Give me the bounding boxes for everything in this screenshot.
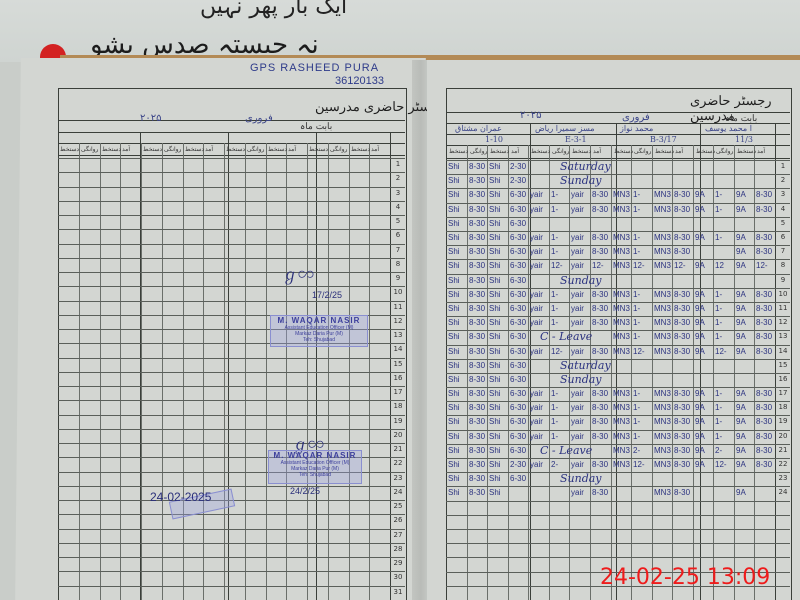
row-line <box>446 174 790 175</box>
attendance-entry: 12- <box>633 261 645 270</box>
attendance-entry: yair <box>530 261 543 270</box>
attendance-entry: 6-30 <box>510 261 526 270</box>
attendance-entry: Shi <box>448 332 460 341</box>
column-header-label: دستخط <box>143 146 162 153</box>
attendance-entry: 8-30 <box>592 290 608 299</box>
attendance-entry: Shi <box>489 304 501 313</box>
attendance-entry: 8-30 <box>469 176 485 185</box>
background-urdu-text-1: ایک بار پھر نہیں <box>200 0 347 19</box>
teacher-name: ا محمد یوسف <box>705 124 752 133</box>
stamp-line: Teh: Shujabad <box>271 337 367 343</box>
column-header-label: دستخط <box>309 146 328 153</box>
row-number: 24 <box>776 488 790 496</box>
attendance-entry: 1- <box>633 403 640 412</box>
attendance-note: Saturday <box>560 359 611 372</box>
column-header-label: آمد <box>205 146 213 153</box>
teacher-name: محمد نواز <box>620 124 653 133</box>
attendance-entry: 8-30 <box>469 233 485 242</box>
attendance-entry: Shi <box>448 247 460 256</box>
row-line <box>58 571 405 572</box>
attendance-entry: 6-30 <box>510 190 526 199</box>
attendance-entry: 8-30 <box>469 488 485 497</box>
attendance-entry: 8-30 <box>469 247 485 256</box>
header-divider <box>58 120 405 121</box>
attendance-entry: 1- <box>633 318 640 327</box>
row-line <box>446 359 790 360</box>
row-number: 12 <box>776 318 790 326</box>
attendance-entry: 9A <box>736 247 746 256</box>
row-line <box>58 358 405 359</box>
row-number: 1 <box>776 162 790 170</box>
attendance-note: Sunday <box>560 373 602 386</box>
row-line <box>58 443 405 444</box>
attendance-entry: MN3 <box>613 318 630 327</box>
row-number: 11 <box>391 303 405 311</box>
attendance-entry: Shi <box>448 162 460 171</box>
attendance-entry: 6-30 <box>510 375 526 384</box>
attendance-entry: 1- <box>633 205 640 214</box>
attendance-entry: yair <box>530 432 543 441</box>
attendance-entry: 12- <box>756 261 768 270</box>
attendance-entry: 8-30 <box>469 474 485 483</box>
attendance-entry: 12- <box>592 261 604 270</box>
stamp-line: Teh: Shujabad <box>269 472 361 478</box>
attendance-entry: 1- <box>633 247 640 256</box>
attendance-entry: 8-30 <box>674 446 690 455</box>
attendance-entry: 8-30 <box>469 318 485 327</box>
row-line <box>58 258 405 259</box>
attendance-entry: Shi <box>489 361 501 370</box>
attendance-entry: 1- <box>633 233 640 242</box>
attendance-entry: Shi <box>448 361 460 370</box>
row-line <box>58 172 405 173</box>
attendance-entry: Shi <box>489 488 501 497</box>
attendance-entry: 9A <box>736 432 746 441</box>
row-line <box>58 514 405 515</box>
header-divider <box>446 158 790 159</box>
row-number: 17 <box>391 388 405 396</box>
attendance-entry: 8-30 <box>756 417 772 426</box>
attendance-entry: 6-30 <box>510 205 526 214</box>
row-line <box>446 259 790 260</box>
attendance-entry: 8-30 <box>756 347 772 356</box>
row-number: 31 <box>391 588 405 596</box>
row-line <box>58 187 405 188</box>
attendance-entry: Shi <box>489 261 501 270</box>
attendance-entry: 8-30 <box>469 375 485 384</box>
attendance-entry: Shi <box>448 176 460 185</box>
row-number: 13 <box>776 332 790 340</box>
row-line <box>58 286 405 287</box>
attendance-entry: Shi <box>448 318 460 327</box>
attendance-entry: MN3 <box>613 290 630 299</box>
school-name: GPS RASHEED PURA <box>250 62 379 74</box>
attendance-entry: MN3 <box>654 261 671 270</box>
attendance-entry: MN3 <box>613 261 630 270</box>
column-header-label: آمد <box>675 148 683 155</box>
column-header-label: آمد <box>288 146 296 153</box>
attendance-entry: MN3 <box>613 389 630 398</box>
row-number: 5 <box>776 219 790 227</box>
attendance-entry: 6-30 <box>510 474 526 483</box>
attendance-entry: 9A <box>695 205 705 214</box>
attendance-entry: yair <box>530 205 543 214</box>
attendance-entry: MN3 <box>613 190 630 199</box>
attendance-entry: Shi <box>489 190 501 199</box>
attendance-entry: 12- <box>551 347 563 356</box>
attendance-entry: 8-30 <box>469 205 485 214</box>
attendance-entry: 9A <box>736 290 746 299</box>
row-number: 6 <box>776 233 790 241</box>
attendance-entry: 6-30 <box>510 417 526 426</box>
column-header-label: دستخط <box>737 148 756 155</box>
attendance-entry: 8-30 <box>756 233 772 242</box>
attendance-entry: 8-30 <box>592 460 608 469</box>
attendance-entry: 1- <box>715 332 722 341</box>
attendance-entry: 9A <box>695 304 705 313</box>
teacher-name: عمران مشتاق <box>455 124 502 133</box>
attendance-entry: Shi <box>489 176 501 185</box>
attendance-entry: yair <box>571 304 584 313</box>
row-number: 6 <box>391 231 405 239</box>
attendance-entry: 9A <box>736 332 746 341</box>
row-number: 12 <box>391 317 405 325</box>
attendance-entry: MN3 <box>613 347 630 356</box>
row-line <box>446 430 790 431</box>
attendance-entry: Shi <box>448 304 460 313</box>
attendance-entry: Shi <box>448 474 460 483</box>
attendance-entry: 8-30 <box>469 304 485 313</box>
attendance-entry: 8-30 <box>756 460 772 469</box>
attendance-entry: Shi <box>448 417 460 426</box>
attendance-entry: Shi <box>489 375 501 384</box>
attendance-entry: Shi <box>489 332 501 341</box>
attendance-entry: 8-30 <box>592 247 608 256</box>
row-line <box>58 400 405 401</box>
attendance-entry: 8-30 <box>469 389 485 398</box>
attendance-entry: yair <box>571 488 584 497</box>
row-number: 16 <box>776 375 790 383</box>
row-line <box>446 217 790 218</box>
attendance-entry: 8-30 <box>674 318 690 327</box>
column-header-label: دستخط <box>614 148 633 155</box>
row-number: 2 <box>391 174 405 182</box>
attendance-entry: 8-30 <box>756 432 772 441</box>
row-line <box>446 373 790 374</box>
row-number: 3 <box>391 189 405 197</box>
attendance-entry: 8-30 <box>674 304 690 313</box>
attendance-entry: yair <box>530 389 543 398</box>
attendance-entry: Shi <box>448 389 460 398</box>
row-number: 22 <box>776 460 790 468</box>
attendance-entry: Shi <box>448 460 460 469</box>
attendance-entry: yair <box>530 417 543 426</box>
attendance-entry: 1- <box>633 304 640 313</box>
attendance-entry: 9A <box>695 446 705 455</box>
attendance-entry: yair <box>571 261 584 270</box>
attendance-entry: Shi <box>489 432 501 441</box>
attendance-entry: 8-30 <box>469 219 485 228</box>
attendance-entry: 8-30 <box>592 205 608 214</box>
attendance-entry: Shi <box>489 276 501 285</box>
row-line <box>58 372 405 373</box>
signature-scribble-1: ℊ∽ <box>282 262 314 285</box>
attendance-entry: 8-30 <box>674 233 690 242</box>
attendance-note: Sunday <box>560 472 602 485</box>
attendance-entry: 1- <box>633 190 640 199</box>
row-number: 13 <box>391 331 405 339</box>
attendance-entry: MN3 <box>654 460 671 469</box>
row-line <box>446 401 790 402</box>
attendance-entry: yair <box>530 304 543 313</box>
attendance-entry: Shi <box>448 290 460 299</box>
row-number: 18 <box>776 403 790 411</box>
attendance-entry: yair <box>571 347 584 356</box>
attendance-entry: 1- <box>633 290 640 299</box>
attendance-entry: 1- <box>551 432 558 441</box>
teacher-name: مسز سمیرا ریاض <box>535 124 595 133</box>
attendance-entry: Shi <box>489 290 501 299</box>
row-line <box>446 160 790 161</box>
row-line <box>58 244 405 245</box>
attendance-entry: 12- <box>551 261 563 270</box>
attendance-entry: MN3 <box>654 304 671 313</box>
row-number: 23 <box>776 474 790 482</box>
attendance-entry: 8-30 <box>592 190 608 199</box>
attendance-entry: 2-30 <box>510 460 526 469</box>
attendance-entry: 8-30 <box>592 233 608 242</box>
attendance-entry: 9A <box>695 318 705 327</box>
register-title: رجسٹر حاضری مدرسین <box>315 100 445 115</box>
attendance-entry: yair <box>571 403 584 412</box>
attendance-entry: 1- <box>551 417 558 426</box>
attendance-entry: MN3 <box>613 304 630 313</box>
attendance-entry: 2- <box>715 446 722 455</box>
attendance-entry: 8-30 <box>469 290 485 299</box>
attendance-entry: MN3 <box>654 233 671 242</box>
row-number: 20 <box>776 432 790 440</box>
attendance-entry: Shi <box>448 276 460 285</box>
row-line <box>446 472 790 473</box>
row-number: 8 <box>776 261 790 269</box>
header-divider <box>58 143 405 144</box>
attendance-entry: MN3 <box>654 347 671 356</box>
row-line <box>446 345 790 346</box>
attendance-entry: MN3 <box>654 488 671 497</box>
attendance-entry: MN3 <box>613 417 630 426</box>
attendance-entry: 6-30 <box>510 290 526 299</box>
column-header-label: روانگی <box>716 148 733 155</box>
camera-timestamp: 24-02-25 13:09 <box>600 565 770 590</box>
row-number: 19 <box>776 417 790 425</box>
attendance-entry: yair <box>571 389 584 398</box>
row-number: 4 <box>776 205 790 213</box>
attendance-entry: 8-30 <box>469 276 485 285</box>
handwritten-date-note: 24-02-2025 <box>150 490 211 504</box>
attendance-entry: 9A <box>695 460 705 469</box>
attendance-entry: 1- <box>715 290 722 299</box>
row-number: 15 <box>776 361 790 369</box>
attendance-entry: 8-30 <box>674 332 690 341</box>
column-header-label: آمد <box>511 148 519 155</box>
attendance-entry: Shi <box>489 233 501 242</box>
attendance-entry: MN3 <box>613 233 630 242</box>
attendance-entry: 8-30 <box>592 389 608 398</box>
attendance-entry: yair <box>571 247 584 256</box>
row-number: 10 <box>391 288 405 296</box>
signature-date-2: 24/2/25 <box>290 486 320 496</box>
attendance-entry: 9A <box>736 190 746 199</box>
teacher-grade: 11/3 <box>735 135 753 144</box>
attendance-entry: MN3 <box>613 432 630 441</box>
attendance-entry: Shi <box>489 347 501 356</box>
attendance-entry: yair <box>530 460 543 469</box>
attendance-entry: yair <box>530 290 543 299</box>
attendance-entry: 8-30 <box>674 403 690 412</box>
officer-stamp-1: M. WAQAR NASIR Assistant Education Offic… <box>270 315 368 347</box>
attendance-entry: 1- <box>551 304 558 313</box>
row-line <box>446 458 790 459</box>
row-number: 27 <box>391 531 405 539</box>
attendance-entry: 6-30 <box>510 233 526 242</box>
attendance-entry: 12- <box>633 460 645 469</box>
column-header-label: دستخط <box>268 146 287 153</box>
attendance-entry: 1- <box>551 318 558 327</box>
row-line <box>58 272 405 273</box>
attendance-entry: MN3 <box>613 403 630 412</box>
row-number: 29 <box>391 559 405 567</box>
attendance-entry: Shi <box>448 205 460 214</box>
row-line <box>58 543 405 544</box>
row-line <box>58 201 405 202</box>
row-number: 11 <box>776 304 790 312</box>
attendance-entry: MN3 <box>654 403 671 412</box>
column-header-label: روانگی <box>552 148 569 155</box>
attendance-note: C - Leave <box>540 330 592 343</box>
attendance-entry: 9A <box>736 304 746 313</box>
attendance-entry: MN3 <box>654 290 671 299</box>
column-header-label: روانگی <box>81 146 98 153</box>
month-value: فروری <box>622 112 650 123</box>
stamp-name: M. WAQAR NASIR <box>269 451 361 460</box>
attendance-entry: 8-30 <box>469 403 485 412</box>
row-number: 19 <box>391 417 405 425</box>
attendance-entry: 8-30 <box>756 304 772 313</box>
officer-stamp-2: M. WAQAR NASIR Assistant Education Offic… <box>268 450 362 484</box>
attendance-entry: 1- <box>633 332 640 341</box>
row-line <box>446 543 790 544</box>
row-line <box>58 529 405 530</box>
attendance-entry: 8-30 <box>674 389 690 398</box>
attendance-entry: 1- <box>715 389 722 398</box>
attendance-entry: 1- <box>715 432 722 441</box>
row-line <box>58 229 405 230</box>
header-divider <box>58 155 405 156</box>
row-number: 22 <box>391 459 405 467</box>
attendance-entry: Shi <box>448 432 460 441</box>
row-line <box>446 203 790 204</box>
attendance-entry: 9A <box>736 318 746 327</box>
column-header-label: دستخط <box>655 148 674 155</box>
attendance-entry: Shi <box>448 446 460 455</box>
attendance-entry: 12- <box>633 347 645 356</box>
attendance-entry: MN3 <box>613 247 630 256</box>
row-number: 14 <box>391 345 405 353</box>
column-header-label: روانگی <box>634 148 651 155</box>
row-number: 30 <box>391 573 405 581</box>
attendance-entry: 1- <box>551 205 558 214</box>
attendance-entry: 2-30 <box>510 176 526 185</box>
row-number: 25 <box>391 502 405 510</box>
attendance-entry: 9A <box>695 347 705 356</box>
column-header-label: آمد <box>122 146 130 153</box>
attendance-entry: Shi <box>489 446 501 455</box>
attendance-entry: yair <box>571 233 584 242</box>
attendance-entry: 8-30 <box>756 205 772 214</box>
attendance-entry: MN3 <box>654 432 671 441</box>
school-code: 36120133 <box>335 75 384 87</box>
attendance-entry: Shi <box>448 233 460 242</box>
attendance-entry: 9A <box>695 261 705 270</box>
attendance-note: Sunday <box>560 274 602 287</box>
attendance-entry: Shi <box>448 261 460 270</box>
row-line <box>58 415 405 416</box>
row-number: 1 <box>391 160 405 168</box>
column-header-label: روانگی <box>247 146 264 153</box>
attendance-entry: Shi <box>489 403 501 412</box>
attendance-entry: 8-30 <box>674 205 690 214</box>
attendance-entry: 8-30 <box>674 247 690 256</box>
attendance-entry: 9A <box>736 446 746 455</box>
attendance-entry: Shi <box>489 460 501 469</box>
attendance-entry: yair <box>530 190 543 199</box>
attendance-entry: Shi <box>489 417 501 426</box>
month-label: بابت ماہ <box>300 122 332 132</box>
row-number: 14 <box>776 347 790 355</box>
row-line <box>446 316 790 317</box>
attendance-entry: MN3 <box>654 190 671 199</box>
attendance-entry: 9A <box>695 417 705 426</box>
row-line <box>58 386 405 387</box>
attendance-entry: 6-30 <box>510 389 526 398</box>
row-line <box>446 529 790 530</box>
row-number: 28 <box>391 545 405 553</box>
attendance-entry: MN3 <box>613 446 630 455</box>
row-number: 15 <box>391 360 405 368</box>
attendance-entry: 8-30 <box>469 460 485 469</box>
attendance-entry: yair <box>571 290 584 299</box>
attendance-entry: 9A <box>695 403 705 412</box>
row-number: 8 <box>391 260 405 268</box>
row-number: 5 <box>391 217 405 225</box>
attendance-entry: 8-30 <box>674 417 690 426</box>
row-number: 18 <box>391 402 405 410</box>
attendance-entry: Shi <box>448 219 460 228</box>
attendance-entry: yair <box>530 403 543 412</box>
attendance-entry: 8-30 <box>469 190 485 199</box>
attendance-entry: 8-30 <box>674 290 690 299</box>
attendance-note: Sunday <box>560 174 602 187</box>
attendance-entry: 6-30 <box>510 446 526 455</box>
attendance-entry: MN3 <box>654 417 671 426</box>
row-line <box>446 387 790 388</box>
attendance-entry: 8-30 <box>592 432 608 441</box>
attendance-entry: 1- <box>715 233 722 242</box>
row-number: 16 <box>391 374 405 382</box>
header-divider <box>446 112 790 113</box>
attendance-entry: Shi <box>489 474 501 483</box>
attendance-entry: 8-30 <box>469 162 485 171</box>
